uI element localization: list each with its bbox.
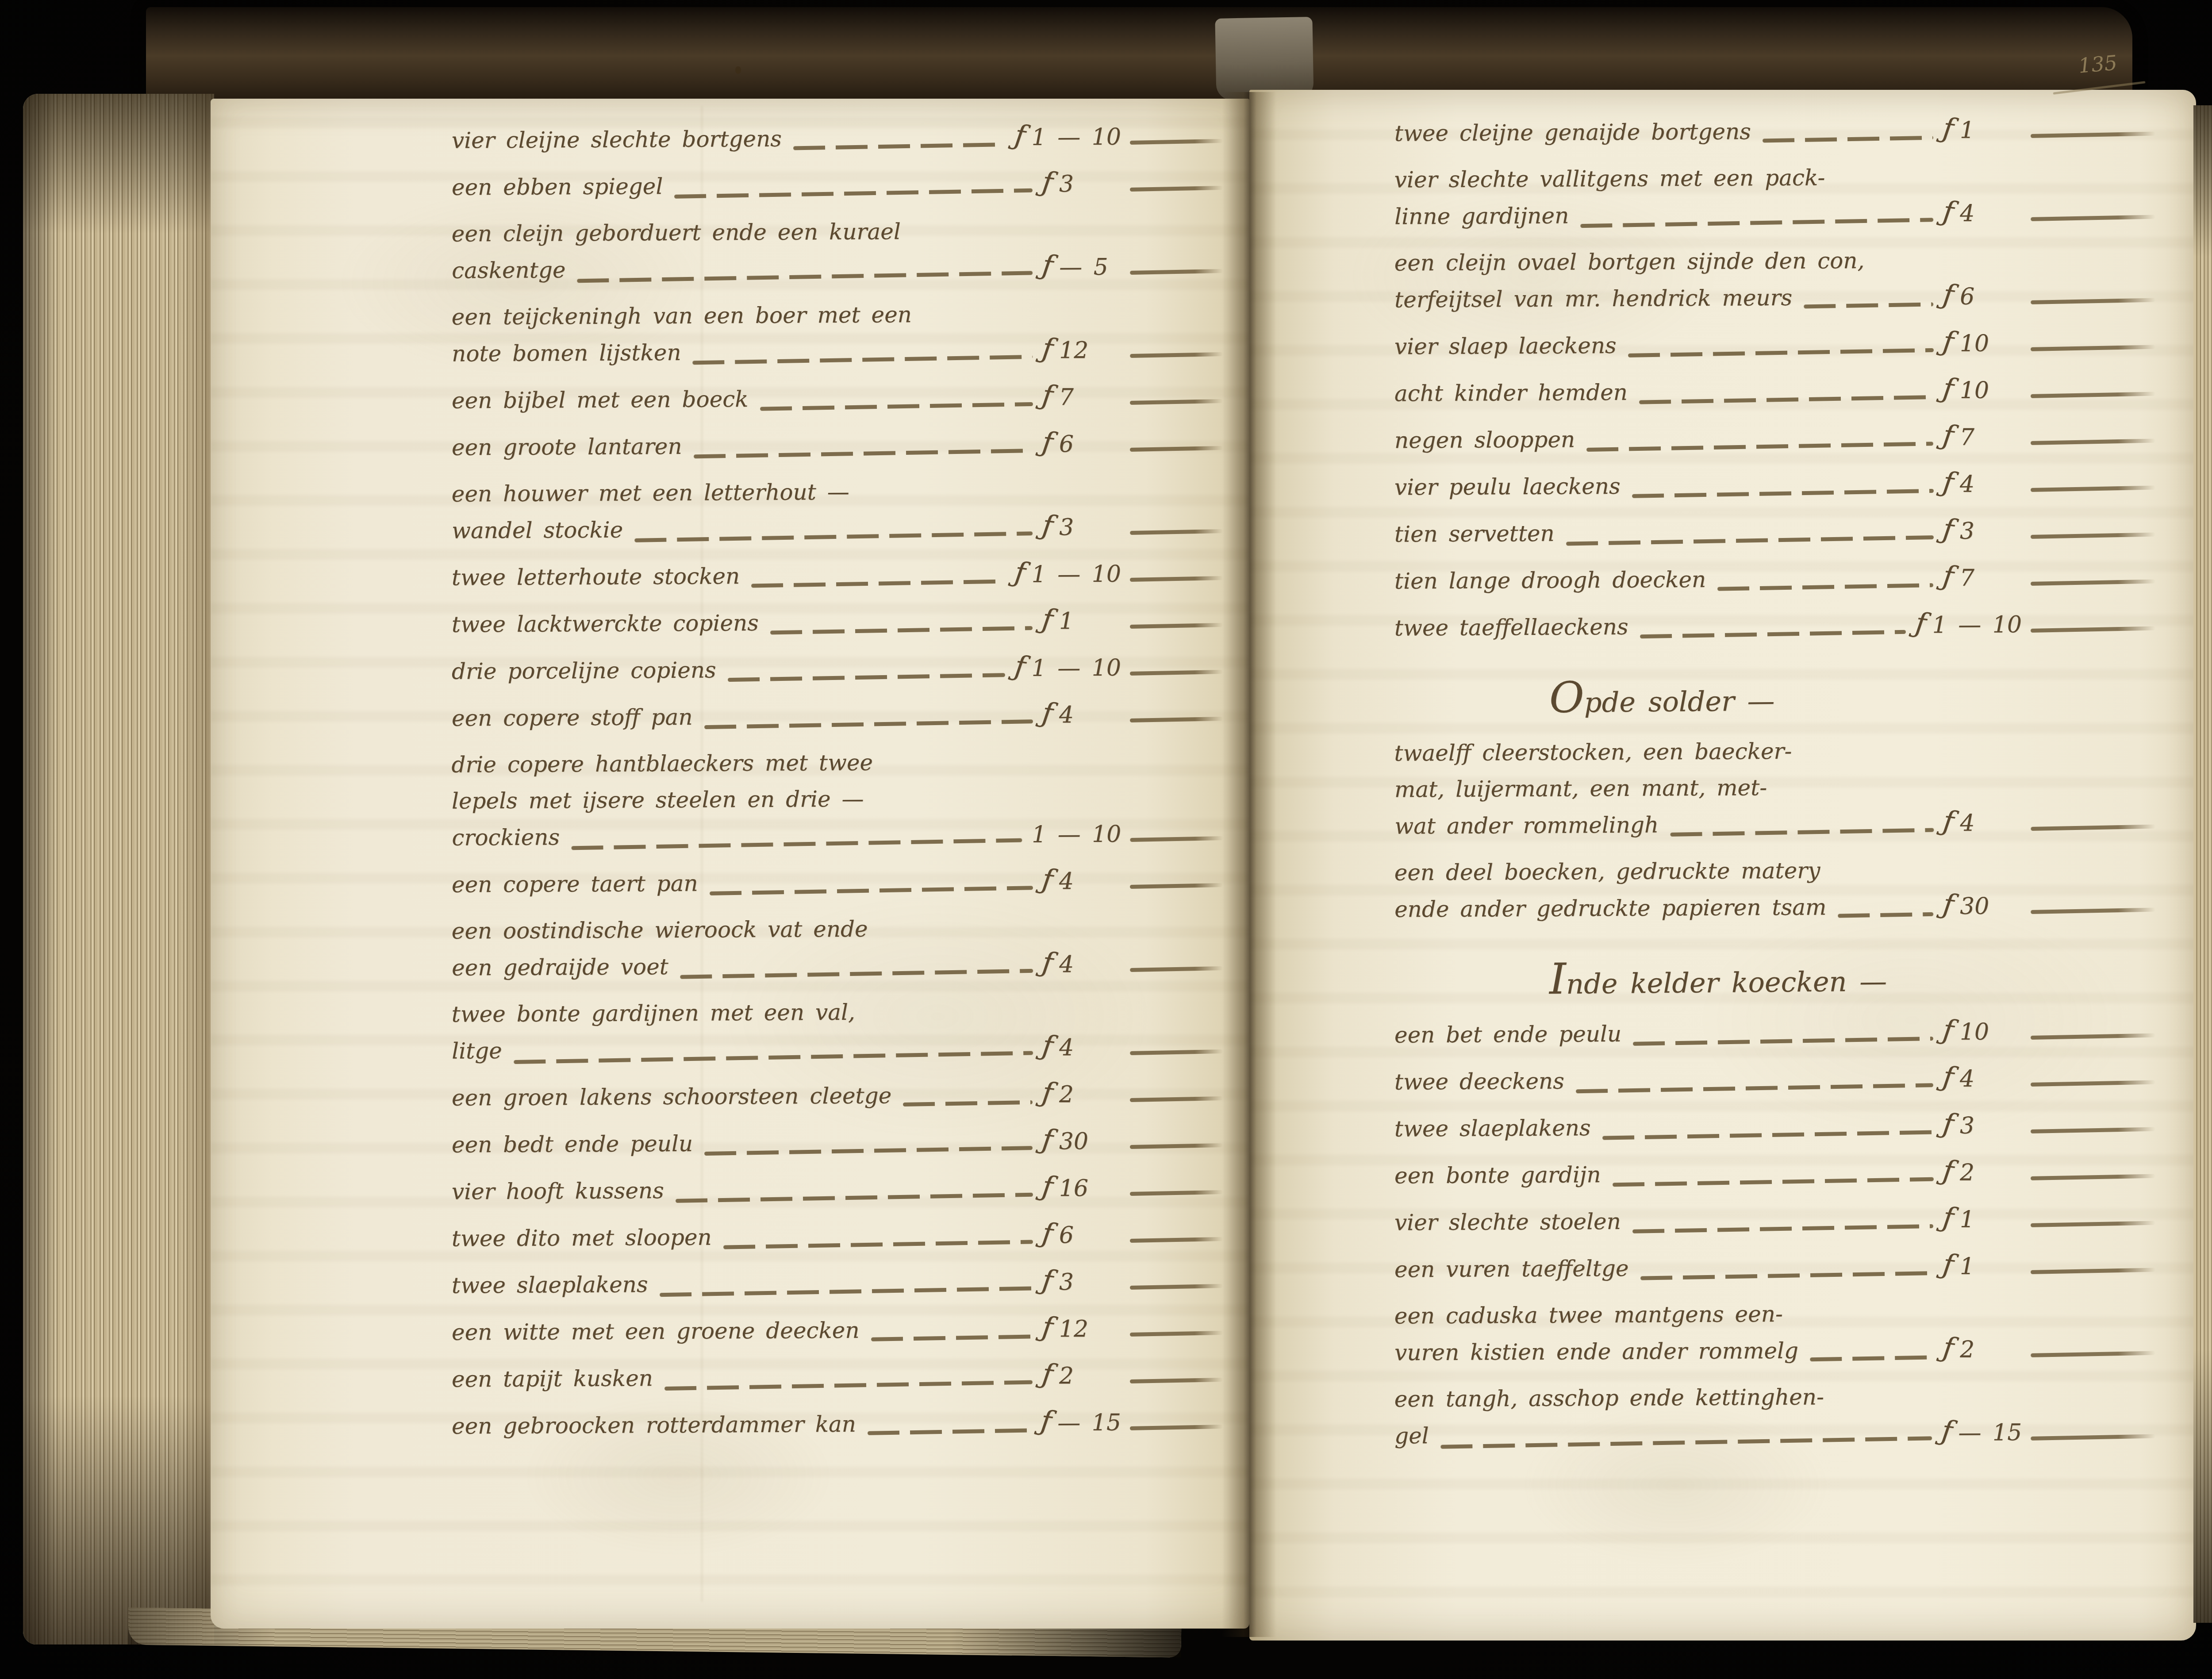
item-text: caskentge	[452, 257, 566, 283]
ink-dash-tail	[2031, 298, 2155, 304]
inventory-line: twee slaeplakensƒ3	[452, 1268, 1223, 1308]
item-text: een cleijn ovael bortgen sijnde den con,	[1394, 248, 1865, 276]
ink-dash-tail	[1130, 716, 1223, 722]
inventory-entry: negen slooppenƒ7	[1394, 423, 2155, 463]
item-value: 1 — 10	[1031, 655, 1121, 682]
item-value: 2	[1059, 1363, 1121, 1390]
inventory-line: wandel stockieƒ3	[452, 513, 1223, 553]
florin-sign: ƒ	[1015, 135, 1025, 136]
ink-dash-tail	[2031, 1174, 2155, 1180]
florin-sign: ƒ	[1042, 1233, 1052, 1234]
florin-sign: ƒ	[1042, 1139, 1052, 1141]
item-text: twee cleijne genaijde bortgens	[1394, 119, 1751, 146]
item-text: een houwer met een letterhout —	[452, 479, 849, 507]
inventory-entry: vier slechte stoelenƒ1	[1394, 1205, 2155, 1245]
inventory-line: crockiens1 — 10	[452, 820, 1223, 861]
item-value: 3	[1960, 1112, 2022, 1139]
ink-dash-leader	[760, 402, 1033, 411]
inventory-entry: een groen lakens schoorsteen cleetgeƒ2	[452, 1080, 1223, 1121]
ink-dash-leader	[1602, 1130, 1934, 1140]
florin-sign: ƒ	[1042, 1280, 1052, 1281]
ink-dash-leader	[1566, 535, 1934, 546]
item-text: een bijbel met een boeck	[452, 386, 749, 414]
item-text: vier cleijne slechte bortgens	[452, 126, 782, 154]
florin-sign: ƒ	[1042, 1327, 1052, 1328]
item-text: een copere stoff pan	[452, 704, 693, 731]
inventory-line: terfeijtsel van mr. hendrick meursƒ6	[1394, 282, 2155, 323]
item-value: — 5	[1059, 254, 1121, 281]
item-text: een gedraijde voet	[452, 954, 668, 981]
florin-sign: ƒ	[1943, 904, 1954, 905]
item-value: 4	[1059, 702, 1121, 729]
inventory-line: een tangh, asschop ende kettinghen-	[1394, 1382, 2155, 1422]
item-text: een vuren taeffeltge	[1394, 1256, 1629, 1283]
item-value: 6	[1059, 431, 1121, 458]
item-text: een cleijn geborduert ende een kurael	[452, 219, 901, 246]
item-text: twee slaeplakens	[452, 1272, 648, 1298]
inventory-line: een copere stoff panƒ4	[452, 701, 1223, 741]
ink-dash-leader	[1804, 302, 1933, 308]
item-value: 1 — 10	[1932, 611, 2022, 638]
item-text: mat, luijermant, een mant, met-	[1394, 775, 1767, 802]
ink-dash-tail	[2031, 907, 2155, 914]
ink-dash-tail	[2031, 392, 2155, 398]
ink-dash-tail	[2031, 1351, 2155, 1357]
inventory-entry: een houwer met een letterhout —wandel st…	[452, 477, 1223, 553]
inventory-entry: twee cleijne genaijde bortgensƒ1	[1394, 116, 2155, 156]
florin-sign: ƒ	[1943, 435, 1953, 436]
ink-dash-leader	[694, 449, 1033, 458]
inventory-entry: twee dito met sloopenƒ6	[452, 1221, 1223, 1261]
florin-sign: ƒ	[1042, 442, 1052, 443]
ink-dash-leader	[680, 968, 1033, 979]
item-text: twee dito met sloopen	[452, 1224, 712, 1251]
florin-sign: ƒ	[1042, 1374, 1052, 1375]
ink-dash-leader	[676, 1192, 1033, 1203]
item-value: 4	[1059, 868, 1121, 895]
inventory-entry: een copere stoff panƒ4	[452, 701, 1223, 741]
item-value: 2	[1960, 1159, 2022, 1186]
item-value: 30	[1059, 1128, 1121, 1155]
inventory-entry: een witte met een groene deeckenƒ12	[452, 1315, 1223, 1355]
inventory-line: acht kinder hemdenƒ10	[1394, 376, 2155, 416]
florin-sign: ƒ	[1943, 1123, 1953, 1125]
ink-dash-leader	[1576, 1083, 1933, 1093]
item-text: twee taeffellaeckens	[1394, 614, 1628, 641]
ink-dash-leader	[1628, 348, 1934, 357]
item-value: 6	[1059, 1222, 1121, 1249]
florin-sign: ƒ	[1043, 525, 1053, 526]
item-text: een copere taert pan	[452, 871, 698, 898]
florin-sign: ƒ	[1042, 395, 1052, 396]
ink-dash-leader	[664, 1380, 1033, 1391]
item-value: — 15	[1057, 1410, 1121, 1437]
ink-dash-leader	[723, 1240, 1033, 1249]
florin-sign: ƒ	[1943, 529, 1953, 530]
inventory-line: een groote lantarenƒ6	[452, 430, 1223, 470]
inventory-line: een deel boecken, gedruckte matery	[1394, 856, 2155, 896]
item-text: lepels met ijsere steelen en drie —	[452, 786, 864, 814]
ink-dash-leader	[1640, 1271, 1934, 1280]
inventory-line: tien servettenƒ3	[1394, 517, 2155, 557]
ink-dash-leader	[660, 1286, 1033, 1297]
item-value: — 15	[1958, 1419, 2022, 1446]
item-text: een bet ende peulu	[1394, 1021, 1621, 1048]
ink-dash-leader	[1580, 218, 1933, 228]
ink-dash-leader	[770, 626, 1033, 634]
inventory-entry: vier slechte vallitgens met een pack-lin…	[1394, 163, 2156, 239]
item-text: een tangh, asschop ende kettinghen-	[1394, 1384, 1824, 1412]
inventory-line: ende ander gedruckte papieren tsamƒ30	[1394, 892, 2155, 932]
ink-dash-leader	[1670, 828, 1934, 836]
ink-dash-leader	[1632, 488, 1934, 498]
inventory-entry: een cleijn geborduert ende een kuraelcas…	[452, 217, 1223, 293]
ink-dash-tail	[1130, 1049, 1223, 1055]
ink-dash-leader	[1810, 1355, 1934, 1361]
inventory-entry: twee taeffellaeckensƒ1 — 10	[1394, 611, 2155, 651]
item-text: note bomen lijstken	[452, 340, 681, 367]
inventory-entry: een oostindische wieroock vat endeeen ge…	[452, 914, 1223, 991]
item-text: een caduska twee mantgens een-	[1394, 1301, 1783, 1329]
item-text: een witte met een groene deecken	[452, 1318, 860, 1345]
inventory-line: linne gardijnenƒ4	[1394, 199, 2155, 239]
ink-dash-tail	[2031, 345, 2155, 351]
item-value: 2	[1960, 1336, 2022, 1363]
ink-dash-tail	[2031, 215, 2155, 221]
inventory-line: negen slooppenƒ7	[1394, 423, 2155, 463]
ink-dash-leader	[704, 719, 1033, 729]
book-top-edge	[146, 7, 2132, 101]
inventory-entry: twee letterhoute stockenƒ1 — 10	[452, 560, 1223, 600]
ink-dash-tail	[2031, 1434, 2155, 1440]
paper-speck	[735, 66, 741, 74]
ink-dash-leader	[704, 1146, 1033, 1156]
item-text: negen slooppen	[1394, 426, 1575, 453]
item-text: vier peulu laeckens	[1394, 473, 1621, 500]
inventory-line: lepels met ijsere steelen en drie —	[452, 784, 1223, 824]
inventory-line: een oostindische wieroock vat ende	[452, 914, 1223, 954]
inventory-line: gelƒ— 15	[1394, 1418, 2155, 1459]
item-text: wat ander rommelingh	[1394, 812, 1659, 839]
left-page-entries: vier cleijne slechte bortgensƒ1 — 10een …	[452, 125, 1223, 1458]
item-text: een tapijt kusken	[452, 1365, 653, 1392]
item-text: gel	[1394, 1423, 1429, 1448]
right-page: twee cleijne genaijde bortgensƒ1vier sle…	[1249, 90, 2196, 1641]
item-text: tien lange droogh doecken	[1394, 567, 1706, 594]
ink-dash-leader	[728, 673, 1005, 682]
inventory-line: een ebben spiegelƒ3	[452, 170, 1223, 210]
ink-dash-tail	[1130, 1330, 1223, 1336]
ink-dash-tail	[1130, 1143, 1223, 1149]
inventory-entry: vier cleijne slechte bortgensƒ1 — 10	[452, 123, 1223, 163]
inventory-entry: een gebroocken rotterdammer kanƒ— 15	[452, 1409, 1223, 1449]
inventory-entry: een tapijt kuskenƒ2	[452, 1362, 1223, 1402]
item-value: 1	[1960, 1206, 2022, 1233]
florin-sign: ƒ	[1042, 1186, 1052, 1187]
florin-sign: ƒ	[1943, 1030, 1953, 1031]
inventory-line: vier peulu laeckensƒ4	[1394, 470, 2155, 510]
item-text: twee bonte gardijnen met een val,	[452, 999, 855, 1027]
inventory-line: een gebroocken rotterdammer kanƒ— 15	[452, 1409, 1223, 1449]
ink-dash-tail	[2031, 131, 2155, 138]
item-text: een gebroocken rotterdammer kan	[452, 1411, 856, 1439]
florin-sign: ƒ	[1015, 572, 1025, 573]
page-block-fore-edge	[23, 94, 214, 1644]
item-value: 2	[1059, 1081, 1121, 1108]
book-headband	[1215, 17, 1313, 100]
florin-sign: ƒ	[1943, 1347, 1954, 1349]
ink-dash-leader	[1639, 395, 1933, 404]
item-text: tien servetten	[1394, 521, 1555, 547]
ink-dash-tail	[1130, 446, 1223, 451]
item-text: een bedt ende peulu	[452, 1131, 693, 1158]
inventory-line: een gedraijde voetƒ4	[452, 950, 1223, 991]
florin-sign: ƒ	[1042, 1092, 1052, 1094]
inventory-line: een copere taert panƒ4	[452, 867, 1223, 907]
item-value: 3	[1059, 171, 1121, 198]
inventory-line: note bomen lijstkenƒ12	[452, 336, 1223, 377]
inventory-line: litgeƒ4	[452, 1034, 1223, 1074]
right-page-entries: twee cleijne genaijde bortgensƒ1vier sle…	[1394, 118, 2155, 1468]
ink-dash-tail	[2031, 824, 2155, 830]
ink-dash-leader	[1838, 912, 1933, 918]
florin-sign: ƒ	[1943, 388, 1953, 389]
item-value: 10	[1960, 377, 2022, 404]
inventory-line: een cleijn ovael bortgen sijnde den con,	[1394, 246, 2155, 286]
item-value: 4	[1960, 200, 2022, 227]
ink-dash-tail	[1130, 399, 1223, 404]
section-heading: Inde kelder koecken —	[1549, 949, 2156, 1004]
florin-sign: ƒ	[1043, 265, 1053, 266]
inventory-entry: tien servettenƒ3	[1394, 517, 2155, 557]
item-text: twee lacktwerckte copiens	[452, 610, 759, 638]
ink-dash-tail	[1130, 185, 1223, 191]
item-value: 7	[1960, 565, 2022, 592]
item-text: wandel stockie	[452, 517, 623, 544]
item-value: 7	[1960, 424, 2022, 451]
inventory-line: vuren kistien ende ander rommelgƒ2	[1394, 1335, 2155, 1375]
item-text: drie copere hantblaeckers met twee	[451, 750, 873, 778]
item-text: een ebben spiegel	[452, 173, 663, 200]
inventory-line: een bonte gardijnƒ2	[1394, 1158, 2155, 1199]
inventory-line: een caduska twee mantgens een-	[1394, 1299, 2155, 1339]
ink-dash-tail	[1130, 269, 1223, 274]
item-value: 1	[1059, 608, 1121, 635]
ink-dash-leader	[1763, 135, 1934, 142]
item-value: 10	[1960, 1018, 2022, 1045]
item-text: vier slechte stoelen	[1394, 1209, 1621, 1236]
inventory-entry: een tangh, asschop ende kettinghen-gelƒ—…	[1394, 1382, 2156, 1459]
ink-dash-tail	[2031, 1033, 2155, 1039]
item-value: 1	[1960, 117, 2022, 144]
inventory-line: twee dito met sloopenƒ6	[452, 1221, 1223, 1261]
item-text: twaelff cleerstocken, een baecker-	[1394, 738, 1792, 766]
florin-sign: ƒ	[1943, 211, 1954, 212]
inventory-entry: twee deeckensƒ4	[1394, 1064, 2155, 1105]
item-text: vuren kistien ende ander rommelg	[1394, 1338, 1798, 1366]
inventory-line: vier slechte vallitgens met een pack-	[1394, 163, 2155, 203]
ink-dash-tail	[2031, 1268, 2155, 1274]
florin-sign: ƒ	[1943, 482, 1953, 483]
inventory-entry: een groote lantarenƒ6	[452, 430, 1223, 470]
item-value: 12	[1059, 1316, 1121, 1343]
item-text: twee slaeplakens	[1394, 1115, 1591, 1141]
ink-dash-leader	[634, 531, 1033, 542]
inventory-line: vier hooft kussensƒ16	[452, 1174, 1223, 1214]
inventory-line: twee letterhoute stockenƒ1 — 10	[452, 560, 1223, 600]
inventory-line: caskentgeƒ— 5	[452, 253, 1223, 293]
inventory-entry: een bonte gardijnƒ2	[1394, 1158, 2155, 1199]
inventory-entry: twee slaeplakensƒ3	[452, 1268, 1223, 1308]
ink-dash-tail	[1130, 576, 1223, 581]
item-value: 6	[1960, 283, 2022, 310]
ink-dash-leader	[1633, 1036, 1933, 1045]
item-value: 1 — 10	[1031, 124, 1121, 151]
inventory-entry: een caduska twee mantgens een-vuren kist…	[1394, 1299, 2156, 1375]
inventory-entry: twaelff cleerstocken, een baecker-mat, l…	[1394, 736, 2155, 849]
inventory-entry: drie porcelijne copiensƒ1 — 10	[452, 654, 1223, 694]
florin-sign: ƒ	[1916, 623, 1926, 624]
item-text: vier slechte vallitgens met een pack-	[1394, 165, 1825, 192]
ink-dash-tail	[1130, 883, 1223, 888]
ink-dash-tail	[1130, 1283, 1223, 1289]
inventory-line: een bijbel met een boeckƒ7	[452, 383, 1223, 423]
item-value: 10	[1960, 330, 2022, 357]
ink-dash-tail	[2031, 579, 2155, 585]
ink-dash-tail	[2031, 1080, 2155, 1086]
inventory-line: drie porcelijne copiensƒ1 — 10	[452, 654, 1223, 694]
item-text: linne gardijnen	[1394, 203, 1569, 229]
ink-dash-tail	[1130, 1096, 1223, 1102]
inventory-line: tien lange droogh doeckenƒ7	[1394, 564, 2155, 604]
inventory-entry: een teijckeningh van een boer met eennot…	[452, 300, 1223, 377]
item-text: een bonte gardijn	[1394, 1162, 1601, 1188]
florin-sign: ƒ	[1943, 128, 1953, 129]
inventory-entry: een deel boecken, gedruckte materyende a…	[1394, 856, 2156, 932]
florin-sign: ƒ	[1943, 1170, 1953, 1172]
ink-dash-tail	[1130, 966, 1223, 972]
ink-dash-leader	[751, 579, 1005, 588]
ink-dash-leader	[868, 1428, 1031, 1435]
inventory-line: twee bonte gardijnen met een val,	[452, 997, 1223, 1037]
florin-sign: ƒ	[1943, 1264, 1953, 1265]
inventory-line: een teijckeningh van een boer met een	[452, 300, 1223, 340]
ink-dash-tail	[1130, 1424, 1223, 1430]
item-text: een teijckeningh van een boer met een	[452, 302, 912, 330]
inventory-line: twee deeckensƒ4	[1394, 1064, 2155, 1105]
item-text: vier hooft kussens	[452, 1178, 664, 1205]
ink-dash-leader	[577, 271, 1033, 283]
inventory-line: een groen lakens schoorsteen cleetgeƒ2	[452, 1080, 1223, 1121]
item-text: crockiens	[452, 824, 560, 850]
ink-dash-leader	[1717, 583, 1933, 591]
ink-dash-leader	[1440, 1436, 1932, 1448]
inventory-line: vier slaep laeckensƒ10	[1394, 329, 2155, 369]
item-text: twee deeckens	[1394, 1068, 1564, 1095]
ink-dash-tail	[1130, 836, 1223, 841]
inventory-line: vier slechte stoelenƒ1	[1394, 1205, 2155, 1245]
inventory-line: een houwer met een letterhout —	[452, 477, 1223, 517]
item-text: een oostindische wieroock vat ende	[452, 916, 868, 944]
ink-dash-leader	[710, 886, 1033, 895]
ink-dash-leader	[1632, 1224, 1933, 1233]
ink-dash-leader	[871, 1334, 1033, 1341]
inventory-entry: vier peulu laeckensƒ4	[1394, 470, 2155, 510]
ink-dash-leader	[693, 354, 1033, 364]
section-heading: Opde solder —	[1549, 668, 2156, 722]
inventory-line: vier cleijne slechte bortgensƒ1 — 10	[452, 123, 1223, 163]
item-value: 12	[1059, 337, 1121, 364]
inventory-entry: een ebben spiegelƒ3	[452, 170, 1223, 210]
florin-sign: ƒ	[1042, 619, 1052, 620]
item-text: vier slaep laeckens	[1394, 333, 1617, 360]
inventory-line: twee lacktwerckte copiensƒ1	[452, 607, 1223, 647]
florin-sign: ƒ	[1943, 341, 1953, 342]
ink-dash-leader	[1586, 442, 1933, 452]
ink-dash-leader	[674, 188, 1033, 198]
item-value: 4	[1059, 1034, 1121, 1061]
ink-dash-tail	[2031, 626, 2155, 632]
ink-dash-tail	[2031, 438, 2155, 445]
inventory-line: twee slaeplakensƒ3	[1394, 1111, 2155, 1152]
item-value: 1 — 10	[1031, 561, 1121, 588]
inventory-line: drie copere hantblaeckers met twee	[451, 748, 1222, 788]
inventory-entry: twee lacktwerckte copiensƒ1	[452, 607, 1223, 647]
inventory-entry: een bet ende peuluƒ10	[1394, 1018, 2155, 1058]
item-text: twee letterhoute stocken	[452, 563, 740, 590]
ink-dash-leader	[1613, 1177, 1934, 1187]
page-number: 135	[2078, 50, 2118, 77]
inventory-line: een tapijt kuskenƒ2	[452, 1362, 1223, 1402]
ink-dash-tail	[1130, 352, 1223, 357]
florin-sign: ƒ	[1042, 713, 1052, 714]
ink-dash-tail	[1130, 138, 1223, 144]
inventory-line: een bet ende peuluƒ10	[1394, 1018, 2155, 1058]
inventory-entry: twee slaeplakensƒ3	[1394, 1111, 2155, 1152]
inventory-entry: acht kinder hemdenƒ10	[1394, 376, 2155, 416]
inventory-entry: drie copere hantblaeckers met tweelepels…	[451, 748, 1223, 861]
item-text: terfeijtsel van mr. hendrick meurs	[1394, 285, 1792, 313]
inventory-line: een witte met een groene deeckenƒ12	[452, 1315, 1223, 1355]
left-page: vier cleijne slechte bortgensƒ1 — 10een …	[211, 99, 1249, 1629]
florin-sign: ƒ	[1943, 1076, 1953, 1078]
item-text: acht kinder hemden	[1394, 380, 1628, 407]
inventory-line: mat, luijermant, een mant, met-	[1394, 772, 2155, 813]
item-value: 3	[1059, 1269, 1121, 1296]
florin-sign: ƒ	[1943, 821, 1954, 822]
right-page-block-edge	[2193, 105, 2212, 1623]
item-value: 4	[1960, 471, 2022, 498]
ink-dash-tail	[2031, 1221, 2155, 1227]
item-value: 16	[1059, 1175, 1121, 1202]
inventory-line: een bedt ende peuluƒ30	[452, 1127, 1223, 1168]
florin-sign: ƒ	[1043, 348, 1053, 350]
ink-dash-tail	[1130, 1377, 1223, 1383]
paper-fold-line	[701, 106, 703, 1602]
ink-dash-leader	[514, 1051, 1033, 1064]
item-value: 4	[1960, 810, 2022, 837]
ink-dash-tail	[1130, 529, 1223, 534]
item-value: 3	[1059, 514, 1121, 541]
item-value: 1 — 10	[1032, 821, 1121, 848]
florin-sign: ƒ	[1942, 1430, 1952, 1432]
florin-sign: ƒ	[1943, 294, 1954, 296]
florin-sign: ƒ	[1042, 182, 1052, 183]
ink-dash-tail	[1130, 1190, 1223, 1195]
inventory-line: twaelff cleerstocken, een baecker-	[1394, 736, 2155, 776]
ink-dash-tail	[1130, 669, 1223, 675]
inventory-entry: een copere taert panƒ4	[452, 867, 1223, 907]
